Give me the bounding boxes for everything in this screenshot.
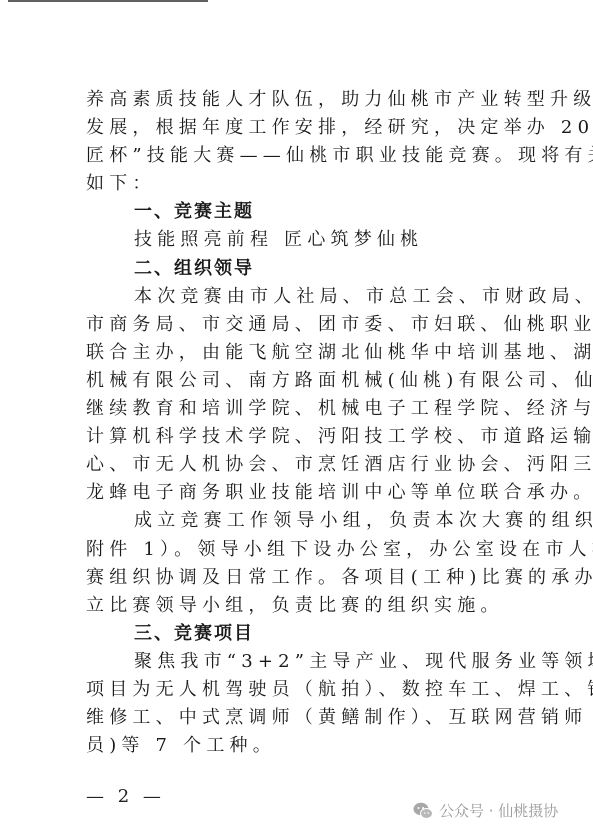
text-line: 计算机科学技术学院、沔阳技工学校、市道路运输事业发展中	[86, 423, 520, 451]
text-line: 附件 1）。领导小组下设办公室，办公室设在市人社局，负责大	[86, 536, 520, 564]
text-line: 市商务局、市交通局、团市委、市妇联、仙桃职业学院等部门	[86, 311, 520, 339]
section-heading-events: 三、竞赛项目	[86, 620, 520, 648]
text-line: 本次竞赛由市人社局、市总工会、市财政局、市经信局、	[86, 283, 520, 311]
text-line: 成立竞赛工作领导小组，负责本次大赛的组织领导工作（见	[86, 507, 520, 535]
text-line: 如下：	[86, 170, 520, 198]
text-line: 发展，根据年度工作安排，经研究，决定举办 2025 年“湖北工	[86, 114, 520, 142]
wechat-icon	[413, 802, 433, 820]
scan-edge-artifact	[8, 0, 208, 2]
section-heading-theme: 一、竞赛主题	[86, 198, 520, 226]
text-line: 龙蜂电子商务职业技能培训中心等单位联合承办。	[86, 479, 520, 507]
text-line: 聚焦我市“3+2”主导产业、现代服务业等领域，确定竞赛	[86, 648, 520, 676]
text-line: 心、市无人机协会、市烹饪酒店行业协会、沔阳三蒸协会、市	[86, 451, 520, 479]
theme-slogan: 技能照亮前程 匠心筑梦仙桃	[86, 226, 520, 254]
text-line: 机械有限公司、南方路面机械(仙桃)有限公司、仙桃职业学院	[86, 367, 520, 395]
text-line: 继续教育和培训学院、机械电子工程学院、经济与管理学院、	[86, 395, 520, 423]
text-line: 维修工、中式烹调师（黄鳝制作）、互联网营销师（直播销售	[86, 704, 520, 732]
text-line: 员)等 7 个工种。	[86, 732, 520, 760]
text-line: 养高素质技能人才队伍，助力仙桃市产业转型升级和经济社会	[86, 86, 520, 114]
text-line: 匠杯”技能大赛——仙桃市职业技能竞赛。现将有关事项通知	[86, 142, 520, 170]
document-page: 养高素质技能人才队伍，助力仙桃市产业转型升级和经济社会 发展，根据年度工作安排，…	[86, 86, 520, 760]
watermark: 公众号 · 仙桃摄协	[413, 800, 558, 821]
watermark-text: 公众号 · 仙桃摄协	[439, 800, 558, 821]
text-line: 立比赛领导小组，负责比赛的组织实施。	[86, 592, 520, 620]
text-line: 联合主办，由能飞航空湖北仙桃华中培训基地、湖北六和天轮	[86, 339, 520, 367]
text-line: 赛组织协调及日常工作。各项目(工种)比赛的承办单位分别成	[86, 564, 520, 592]
section-heading-organization: 二、组织领导	[86, 255, 520, 283]
text-line: 项目为无人机驾驶员（航拍）、数控车工、焊工、钳工、汽车	[86, 676, 520, 704]
page-number: — 2 —	[86, 786, 165, 808]
